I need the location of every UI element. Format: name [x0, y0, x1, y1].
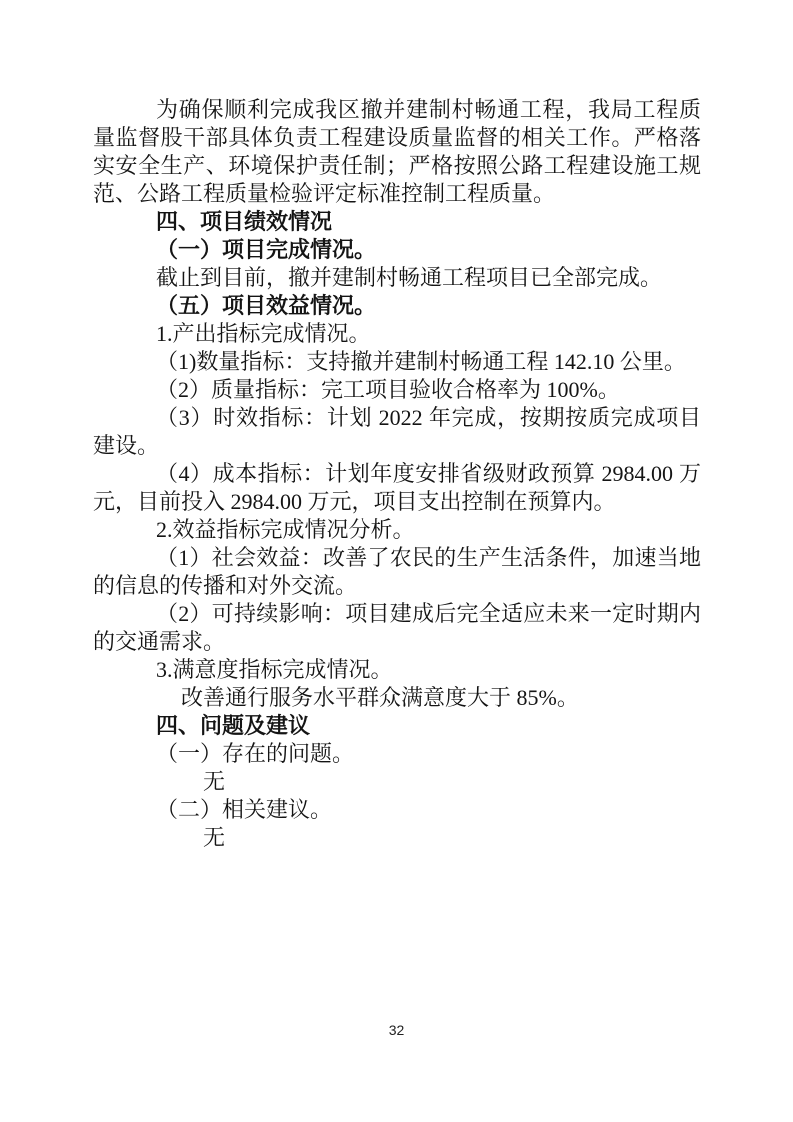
page-number: 32 — [0, 1022, 793, 1038]
paragraph-none-1: 无 — [93, 768, 701, 796]
heading-section4-performance: 四、项目绩效情况 — [93, 208, 701, 236]
paragraph-social-benefit: （1）社会效益：改善了农民的生产生活条件，加速当地的信息的传播和对外交流。 — [93, 544, 701, 600]
paragraph-existing-problems: （一）存在的问题。 — [93, 740, 701, 768]
paragraph-cost-indicator: （4）成本指标：计划年度安排省级财政预算 2984.00 万元，目前投入 298… — [93, 460, 701, 516]
document-body: 为确保顺利完成我区撤并建制村畅通工程，我局工程质量监督股干部具体负责工程建设质量… — [93, 96, 701, 852]
paragraph-output-indicators: 1.产出指标完成情况。 — [93, 320, 701, 348]
heading-problems-suggestions: 四、问题及建议 — [93, 712, 701, 740]
paragraph-quality-indicator: （2）质量指标：完工项目验收合格率为 100%。 — [93, 376, 701, 404]
paragraph-sustainable-impact: （2）可持续影响：项目建成后完全适应未来一定时期内的交通需求。 — [93, 600, 701, 656]
paragraph-satisfaction-result: 改善通行服务水平群众满意度大于 85%。 — [93, 684, 701, 712]
document-page: 为确保顺利完成我区撤并建制村畅通工程，我局工程质量监督股干部具体负责工程建设质量… — [0, 0, 793, 1122]
paragraph-satisfaction-indicator: 3.满意度指标完成情况。 — [93, 656, 701, 684]
paragraph-completion-status: 截止到目前，撤并建制村畅通工程项目已全部完成。 — [93, 264, 701, 292]
paragraph-benefit-analysis: 2.效益指标完成情况分析。 — [93, 516, 701, 544]
paragraph-quality-supervision: 为确保顺利完成我区撤并建制村畅通工程，我局工程质量监督股干部具体负责工程建设质量… — [93, 96, 701, 208]
heading-project-completion: （一）项目完成情况。 — [93, 236, 701, 264]
heading-project-benefit: （五）项目效益情况。 — [93, 292, 701, 320]
paragraph-related-suggestions: （二）相关建议。 — [93, 796, 701, 824]
paragraph-timeliness-indicator: （3）时效指标：计划 2022 年完成，按期按质完成项目建设。 — [93, 404, 701, 460]
paragraph-quantity-indicator: （1)数量指标：支持撤并建制村畅通工程 142.10 公里。 — [93, 348, 701, 376]
paragraph-none-2: 无 — [93, 824, 701, 852]
